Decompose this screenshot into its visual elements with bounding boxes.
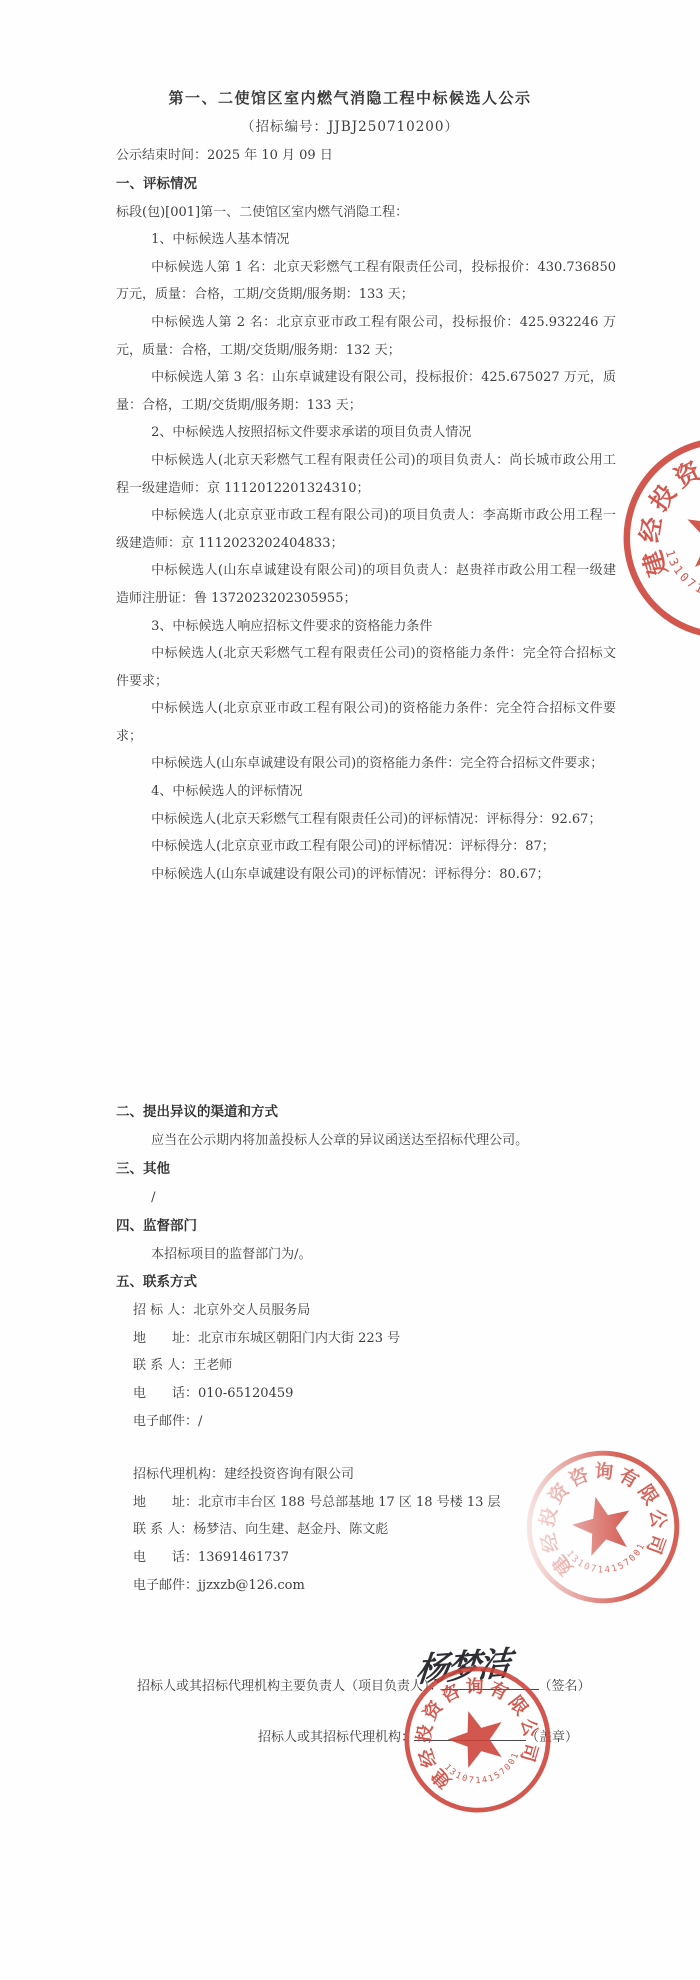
manager-3: 中标候选人(山东卓诚建设有限公司)的项目负责人：赵贵祥市政公用工程一级建造师注册… xyxy=(116,557,616,612)
section3-heading: 三、其他 xyxy=(116,1155,616,1184)
sub1-heading: 1、中标候选人基本情况 xyxy=(116,226,616,254)
sign-suffix: （签名） xyxy=(539,1679,591,1694)
tenderer-contact-row: 联 系 人：王老师 xyxy=(116,1352,616,1380)
tender-number: （招标编号：JJBJ250710200） xyxy=(0,112,700,142)
agency-phone-label: 电 话： xyxy=(133,1550,198,1565)
agency-email-label: 电子邮件： xyxy=(133,1578,198,1593)
qualification-3: 中标候选人(山东卓诚建设有限公司)的资格能力条件：完全符合招标文件要求； xyxy=(116,750,616,778)
agency-name-row: 招标代理机构：建经投资咨询有限公司 xyxy=(116,1461,616,1489)
document-page: 第一、二使馆区室内燃气消隐工程中标候选人公示 （招标编号：JJBJ2507102… xyxy=(0,0,700,1980)
seal-suffix: （盖章） xyxy=(526,1730,578,1745)
sub2-heading: 2、中标候选人按照招标文件要求承诺的项目负责人情况 xyxy=(116,419,616,447)
section4-body: 本招标项目的监督部门为/。 xyxy=(116,1241,616,1269)
manager-2: 中标候选人(北京京亚市政工程有限公司)的项目负责人：李高斯市政公用工程一级建造师… xyxy=(116,502,616,557)
tenderer-name-label: 招 标 人： xyxy=(133,1303,193,1318)
org-label: 招标人或其招标代理机构： xyxy=(258,1730,414,1745)
qualification-1: 中标候选人(北京天彩燃气工程有限责任公司)的资格能力条件：完全符合招标文件要求； xyxy=(116,640,616,695)
section5-heading: 五、联系方式 xyxy=(116,1268,616,1297)
tenderer-phone-label: 电 话： xyxy=(133,1386,198,1401)
principal-signature-line: 招标人或其招标代理机构主要负责人（项目负责人）：（签名） 杨梦洁 xyxy=(116,1673,616,1701)
tenderer-email-row: 电子邮件：/ xyxy=(116,1408,616,1436)
section1-heading: 一、评标情况 xyxy=(116,170,616,199)
tenderer-contact-value: 王老师 xyxy=(193,1358,232,1373)
document-body: 公示结束时间：2025 年 10 月 09 日 一、评标情况 标段(包)[001… xyxy=(0,142,700,1751)
tenderer-address-value: 北京市东城区朝阳门内大街 223 号 xyxy=(198,1331,400,1346)
tenderer-contact-block: 招 标 人：北京外交人员服务局 地 址：北京市东城区朝阳门内大街 223 号 联… xyxy=(116,1297,616,1435)
tenderer-phone-row: 电 话：010-65120459 xyxy=(116,1380,616,1408)
candidate-3: 中标候选人第 3 名：山东卓诚建设有限公司，投标报价：425.675027 万元… xyxy=(116,364,616,419)
tenderer-contact-label: 联 系 人： xyxy=(133,1358,193,1373)
handwritten-signature: 杨梦洁 xyxy=(415,1650,511,1684)
document-header: 第一、二使馆区室内燃气消隐工程中标候选人公示 （招标编号：JJBJ2507102… xyxy=(0,0,700,142)
agency-name-value: 建经投资咨询有限公司 xyxy=(224,1467,354,1482)
evaluation-3: 中标候选人(山东卓诚建设有限公司)的评标情况：评标得分：80.67； xyxy=(116,861,616,889)
agency-name-label: 招标代理机构： xyxy=(133,1467,224,1482)
qualification-2: 中标候选人(北京京亚市政工程有限公司)的资格能力条件：完全符合招标文件要求； xyxy=(116,695,616,750)
tenderer-address-row: 地 址：北京市东城区朝阳门内大街 223 号 xyxy=(116,1325,616,1353)
evaluation-1: 中标候选人(北京天彩燃气工程有限责任公司)的评标情况：评标得分：92.67； xyxy=(116,806,616,834)
agency-contact-block: 招标代理机构：建经投资咨询有限公司 地 址：北京市丰台区 188 号总部基地 1… xyxy=(116,1461,616,1599)
tenderer-phone-value: 010-65120459 xyxy=(198,1386,293,1401)
principal-label: 招标人或其招标代理机构主要负责人（项目负责人）： xyxy=(137,1679,443,1694)
agency-address-value: 北京市丰台区 188 号总部基地 17 区 18 号楼 13 层 xyxy=(198,1495,501,1510)
publicity-end-date: 公示结束时间：2025 年 10 月 09 日 xyxy=(116,142,616,170)
section3-body: / xyxy=(116,1184,616,1212)
section2-heading: 二、提出异议的渠道和方式 xyxy=(116,1098,616,1127)
candidate-2: 中标候选人第 2 名：北京京亚市政工程有限公司，投标报价：425.932246 … xyxy=(116,309,616,364)
sub4-heading: 4、中标候选人的评标情况 xyxy=(116,778,616,806)
agency-email-row: 电子邮件：jjzxzb@126.com xyxy=(116,1572,616,1600)
tenderer-email-value: / xyxy=(198,1414,202,1429)
tenderer-name-value: 北京外交人员服务局 xyxy=(193,1303,310,1318)
section4-heading: 四、监督部门 xyxy=(116,1212,616,1241)
agency-address-label: 地 址： xyxy=(133,1495,198,1510)
agency-contact-row: 联 系 人：杨梦洁、向生建、赵金丹、陈文彪 xyxy=(116,1516,616,1544)
agency-contact-value: 杨梦洁、向生建、赵金丹、陈文彪 xyxy=(193,1522,388,1537)
section2-body: 应当在公示期内将加盖投标人公章的异议函送达至招标代理公司。 xyxy=(116,1127,616,1155)
org-seal-line: 招标人或其招标代理机构：（盖章） xyxy=(116,1724,616,1752)
agency-address-row: 地 址：北京市丰台区 188 号总部基地 17 区 18 号楼 13 层 xyxy=(116,1489,616,1517)
document-title: 第一、二使馆区室内燃气消隐工程中标候选人公示 xyxy=(0,84,700,112)
tenderer-address-label: 地 址： xyxy=(133,1331,198,1346)
lot-line: 标段(包)[001]第一、二使馆区室内燃气消隐工程： xyxy=(116,199,616,227)
agency-contact-label: 联 系 人： xyxy=(133,1522,193,1537)
tenderer-email-label: 电子邮件： xyxy=(133,1414,198,1429)
agency-email-value: jjzxzb@126.com xyxy=(198,1578,305,1593)
agency-phone-row: 电 话：13691461737 xyxy=(116,1544,616,1572)
manager-1: 中标候选人(北京天彩燃气工程有限责任公司)的项目负责人：尚长城市政公用工程一级建… xyxy=(116,447,616,502)
sub3-heading: 3、中标候选人响应招标文件要求的资格能力条件 xyxy=(116,613,616,641)
tenderer-name-row: 招 标 人：北京外交人员服务局 xyxy=(116,1297,616,1325)
evaluation-2: 中标候选人(北京京亚市政工程有限公司)的评标情况：评标得分：87； xyxy=(116,833,616,861)
candidate-1: 中标候选人第 1 名：北京天彩燃气工程有限责任公司，投标报价：430.73685… xyxy=(116,254,616,309)
agency-phone-value: 13691461737 xyxy=(198,1550,289,1565)
seal-underline xyxy=(414,1728,526,1741)
signature-block: 招标人或其招标代理机构主要负责人（项目负责人）：（签名） 杨梦洁 招标人或其招标… xyxy=(116,1673,616,1751)
